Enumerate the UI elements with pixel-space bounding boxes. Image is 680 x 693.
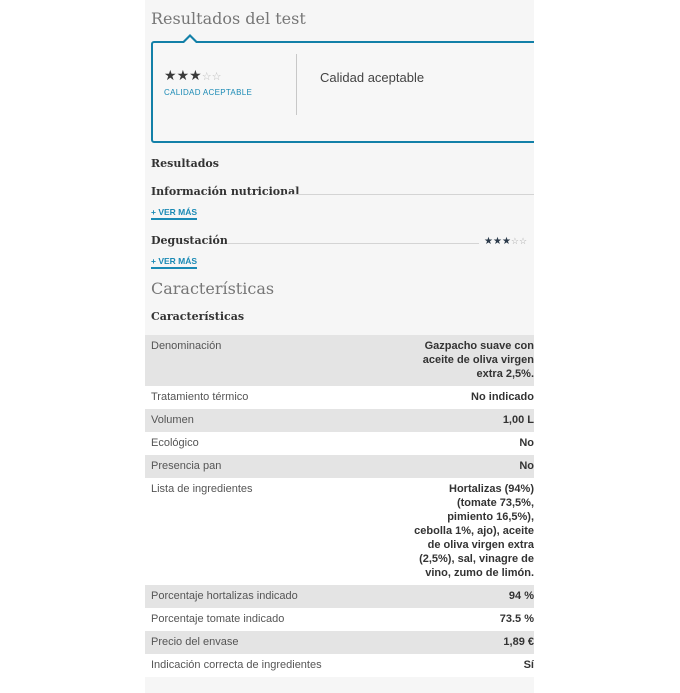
star-empty-icon: ☆ <box>212 71 222 83</box>
degustacion-ver-mas-link[interactable]: + VER MÁS <box>151 256 197 269</box>
spec-key: Presencia pan <box>145 455 385 478</box>
characteristics-table: DenominaciónGazpacho suave con aceite de… <box>145 335 534 677</box>
table-row: Indicación correcta de ingredientesSí <box>145 654 534 677</box>
spec-key: Indicación correcta de ingredientes <box>145 654 385 677</box>
star-rating: ★★★☆☆ <box>164 68 221 84</box>
spec-key: Lista de ingredientes <box>145 478 385 585</box>
star-empty-icon: ☆ <box>519 236 527 246</box>
results-title: Resultados del test <box>151 9 306 28</box>
spec-key: Ecológico <box>145 432 385 455</box>
table-row: Presencia panNo <box>145 455 534 478</box>
spec-key: Volumen <box>145 409 385 432</box>
spec-key: Tratamiento térmico <box>145 386 385 409</box>
star-empty-icon: ☆ <box>511 236 519 246</box>
spec-value: Gazpacho suave con aceite de oliva virge… <box>385 335 534 386</box>
table-row: Porcentaje hortalizas indicado94 % <box>145 585 534 608</box>
spec-value: Sí <box>385 654 534 677</box>
divider-line <box>285 194 534 195</box>
spec-value: 73.5 % <box>385 608 534 631</box>
star-filled-icon: ★ <box>164 67 177 83</box>
spec-value: 94 % <box>385 585 534 608</box>
nutricional-ver-mas-link[interactable]: + VER MÁS <box>151 207 197 220</box>
star-filled-icon: ★ <box>502 236 511 247</box>
table-row: Volumen1,00 L <box>145 409 534 432</box>
table-row: Tratamiento térmicoNo indicado <box>145 386 534 409</box>
resultados-heading: Resultados <box>151 157 219 170</box>
characteristics-subtitle: Características <box>151 310 244 323</box>
nutricional-heading: Información nutricional <box>151 185 299 198</box>
spec-value: No <box>385 455 534 478</box>
star-filled-icon: ★ <box>177 67 190 83</box>
table-row: Precio del envase1,89 € <box>145 631 534 654</box>
spec-key: Precio del envase <box>145 631 385 654</box>
spec-value: No indicado <box>385 386 534 409</box>
spec-key: Denominación <box>145 335 385 386</box>
star-empty-icon: ☆ <box>202 71 212 83</box>
spec-key: Porcentaje hortalizas indicado <box>145 585 385 608</box>
spec-value: 1,00 L <box>385 409 534 432</box>
spec-value: 1,89 € <box>385 631 534 654</box>
star-filled-icon: ★ <box>189 67 202 83</box>
spec-value: Hortalizas (94%) (tomate 73,5%, pimiento… <box>385 478 534 585</box>
divider-line <box>227 243 479 244</box>
degustacion-heading: Degustación <box>151 234 228 247</box>
rating-label: CALIDAD ACEPTABLE <box>164 88 252 97</box>
table-row: EcológicoNo <box>145 432 534 455</box>
star-filled-icon: ★ <box>493 236 502 247</box>
star-filled-icon: ★ <box>484 236 493 247</box>
divider <box>296 54 297 115</box>
characteristics-title: Características <box>151 279 274 298</box>
result-description: Calidad aceptable <box>320 70 424 85</box>
table-row: DenominaciónGazpacho suave con aceite de… <box>145 335 534 386</box>
result-summary-box: ★★★☆☆ CALIDAD ACEPTABLE Calidad aceptabl… <box>151 41 534 143</box>
degustacion-star-rating: ★★★☆☆ <box>484 236 527 247</box>
spec-key: Porcentaje tomate indicado <box>145 608 385 631</box>
spec-value: No <box>385 432 534 455</box>
product-test-panel: Resultados del test ★★★☆☆ CALIDAD ACEPTA… <box>145 0 534 693</box>
table-row: Porcentaje tomate indicado73.5 % <box>145 608 534 631</box>
table-row: Lista de ingredientesHortalizas (94%) (t… <box>145 478 534 585</box>
